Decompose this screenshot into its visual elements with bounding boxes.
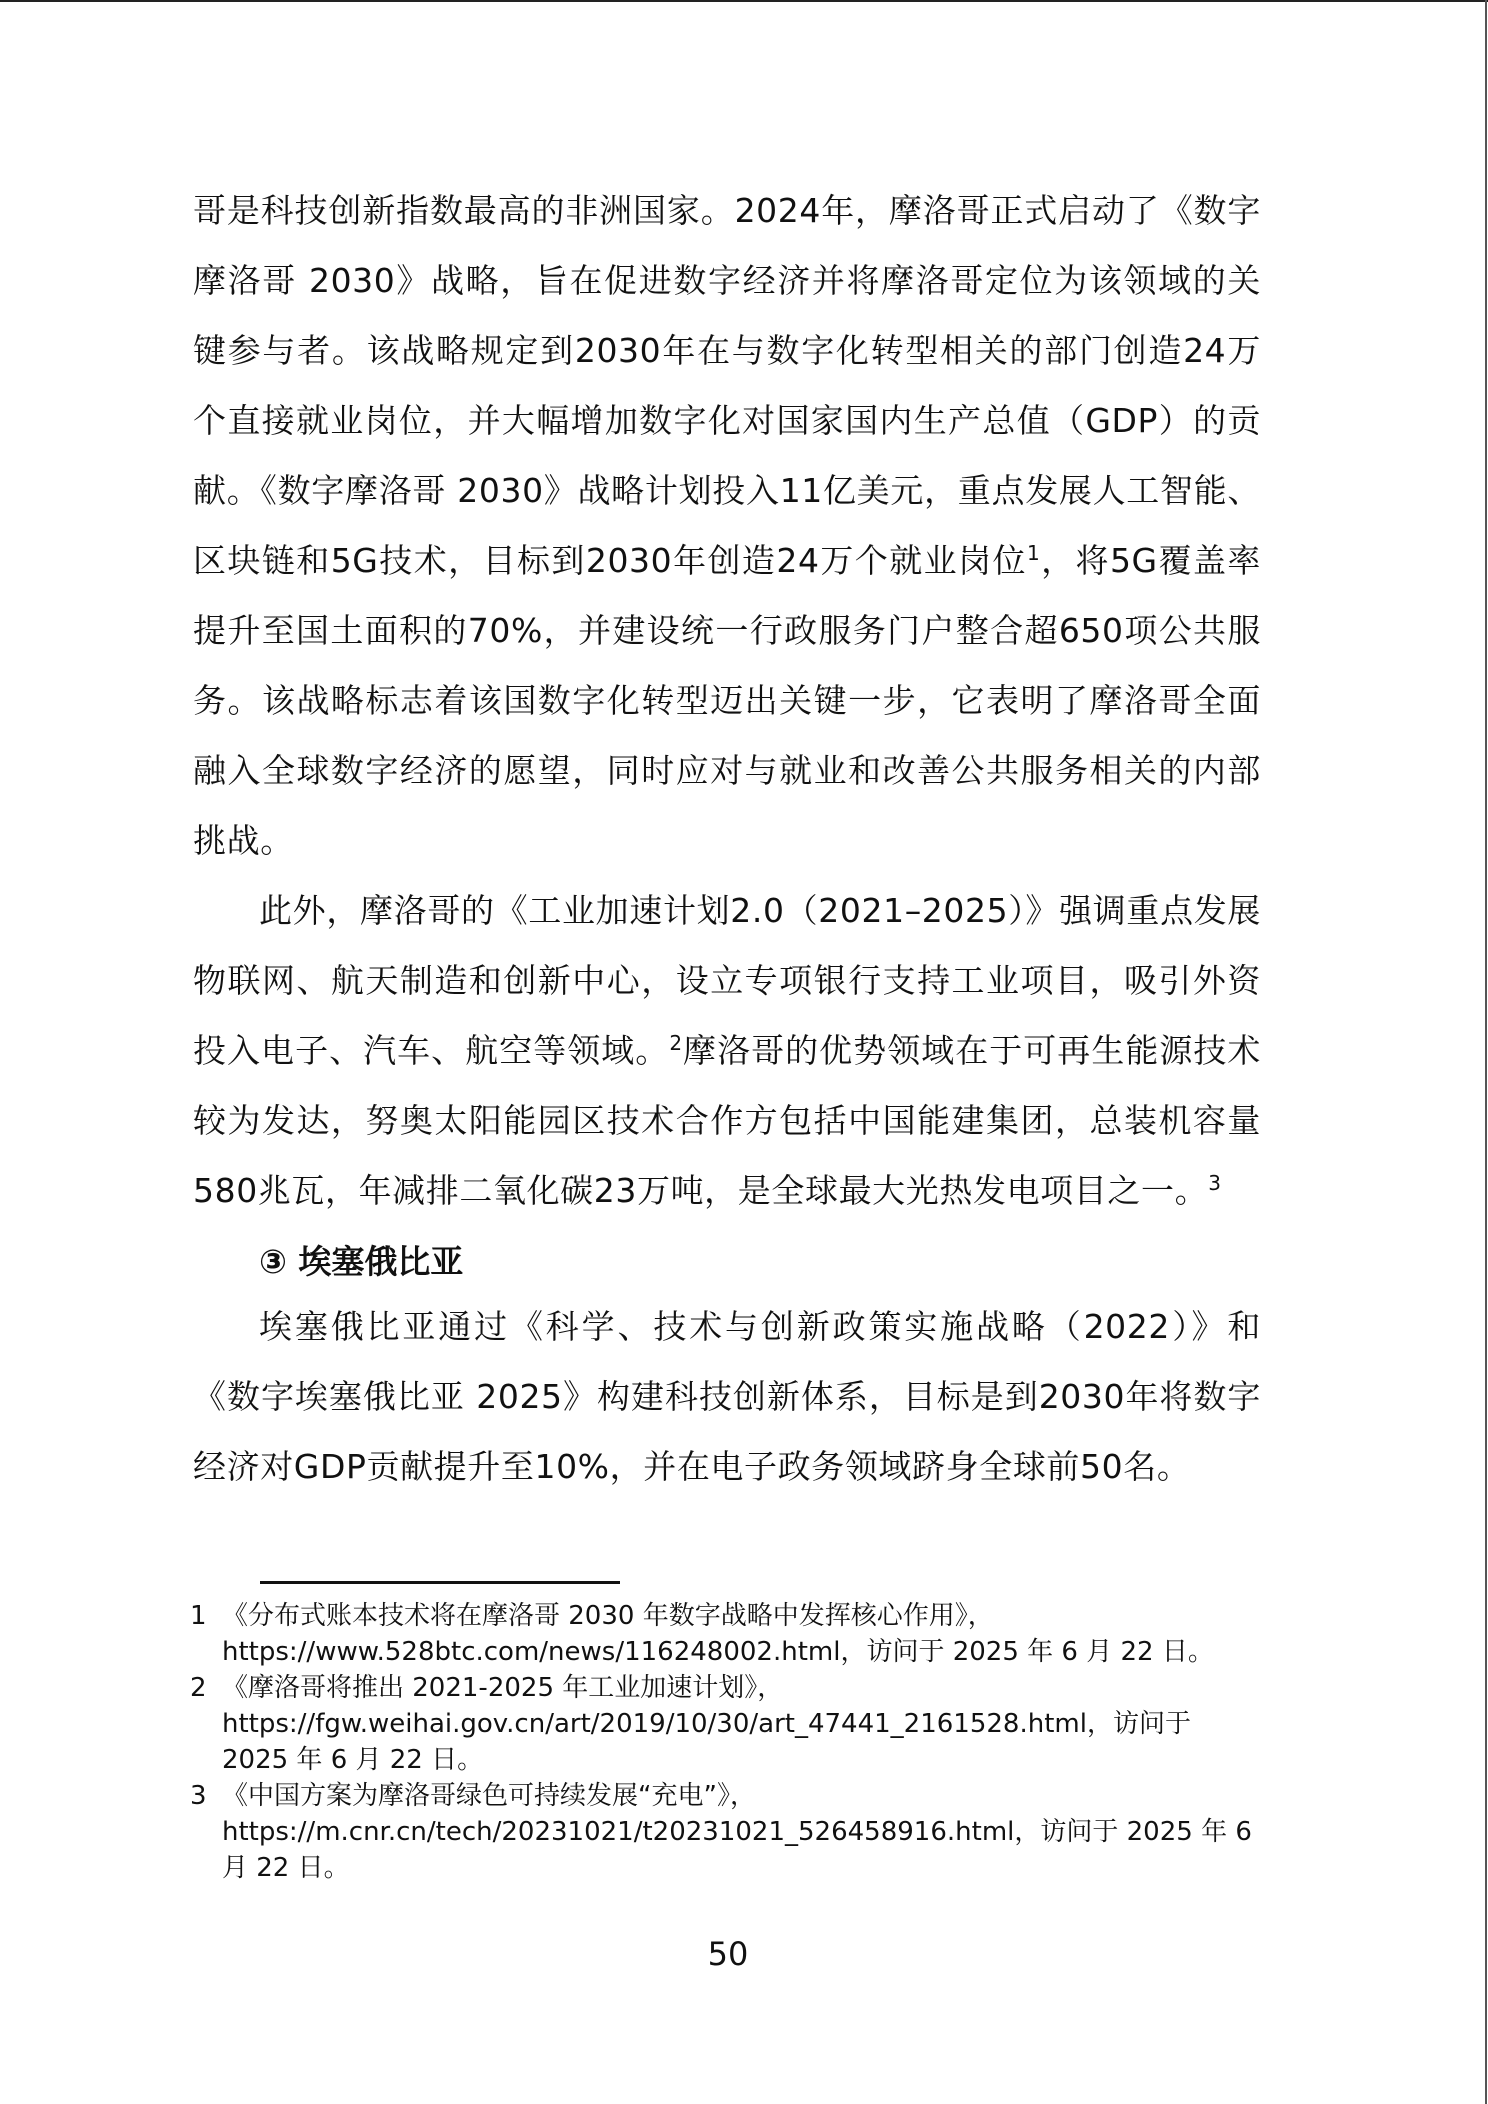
footnote-link[interactable]: https://fgw.weihai.gov.cn/art/2019/10/30… — [222, 1706, 1260, 1778]
paragraph-ethiopia-strategy: 埃塞俄比亚通过《科学、技术与创新政策实施战略（2022）》和《数字埃塞俄比亚 2… — [193, 1292, 1261, 1502]
page-right-border — [1485, 0, 1487, 2104]
footnote-1: 1 《分布式账本技术将在摩洛哥 2030 年数字战略中发挥核心作用》， http… — [190, 1598, 1260, 1670]
footnote-link[interactable]: https://www.528btc.com/news/116248002.ht… — [222, 1634, 1260, 1670]
footnote-number: 3 — [190, 1778, 207, 1814]
footnote-number: 1 — [190, 1598, 207, 1634]
footnote-separator — [260, 1581, 620, 1584]
section-heading-ethiopia: ③ 埃塞俄比亚 — [193, 1232, 1261, 1292]
footnote-ref-1[interactable]: 1 — [1027, 541, 1040, 565]
footnote-2: 2 《摩洛哥将推出 2021-2025 年工业加速计划》， https://fg… — [190, 1670, 1260, 1778]
footnote-link[interactable]: https://m.cnr.cn/tech/20231021/t20231021… — [222, 1814, 1260, 1886]
footnotes: 1 《分布式账本技术将在摩洛哥 2030 年数字战略中发挥核心作用》， http… — [190, 1598, 1260, 1886]
footnote-3: 3 《中国方案为摩洛哥绿色可持续发展“充电”》， https://m.cnr.c… — [190, 1778, 1260, 1886]
paragraph-morocco-industry-plan: 此外，摩洛哥的《工业加速计划2.0（2021–2025）》强调重点发展物联网、航… — [193, 876, 1261, 1226]
footnote-title: 《分布式账本技术将在摩洛哥 2030 年数字战略中发挥核心作用》， — [222, 1598, 1260, 1634]
footnote-number: 2 — [190, 1670, 207, 1706]
footnote-title: 《中国方案为摩洛哥绿色可持续发展“充电”》， — [222, 1778, 1260, 1814]
footnote-title: 《摩洛哥将推出 2021-2025 年工业加速计划》， — [222, 1670, 1260, 1706]
paragraph-text: ，将5G覆盖率提升至国土面积的70%，并建设统一行政服务门户整合超650项公共服… — [193, 541, 1261, 860]
page-number: 50 — [0, 1934, 1456, 1974]
paragraph-morocco-digital-strategy: 哥是科技创新指数最高的非洲国家。2024年，摩洛哥正式启动了《数字摩洛哥 203… — [193, 176, 1261, 876]
page-top-border — [0, 0, 1488, 2]
paragraph-text: 哥是科技创新指数最高的非洲国家。2024年，摩洛哥正式启动了《数字摩洛哥 203… — [193, 191, 1261, 580]
main-body-text: 哥是科技创新指数最高的非洲国家。2024年，摩洛哥正式启动了《数字摩洛哥 203… — [193, 176, 1261, 1502]
footnote-ref-3[interactable]: 3 — [1208, 1171, 1221, 1195]
footnote-ref-2[interactable]: 2 — [669, 1031, 682, 1055]
